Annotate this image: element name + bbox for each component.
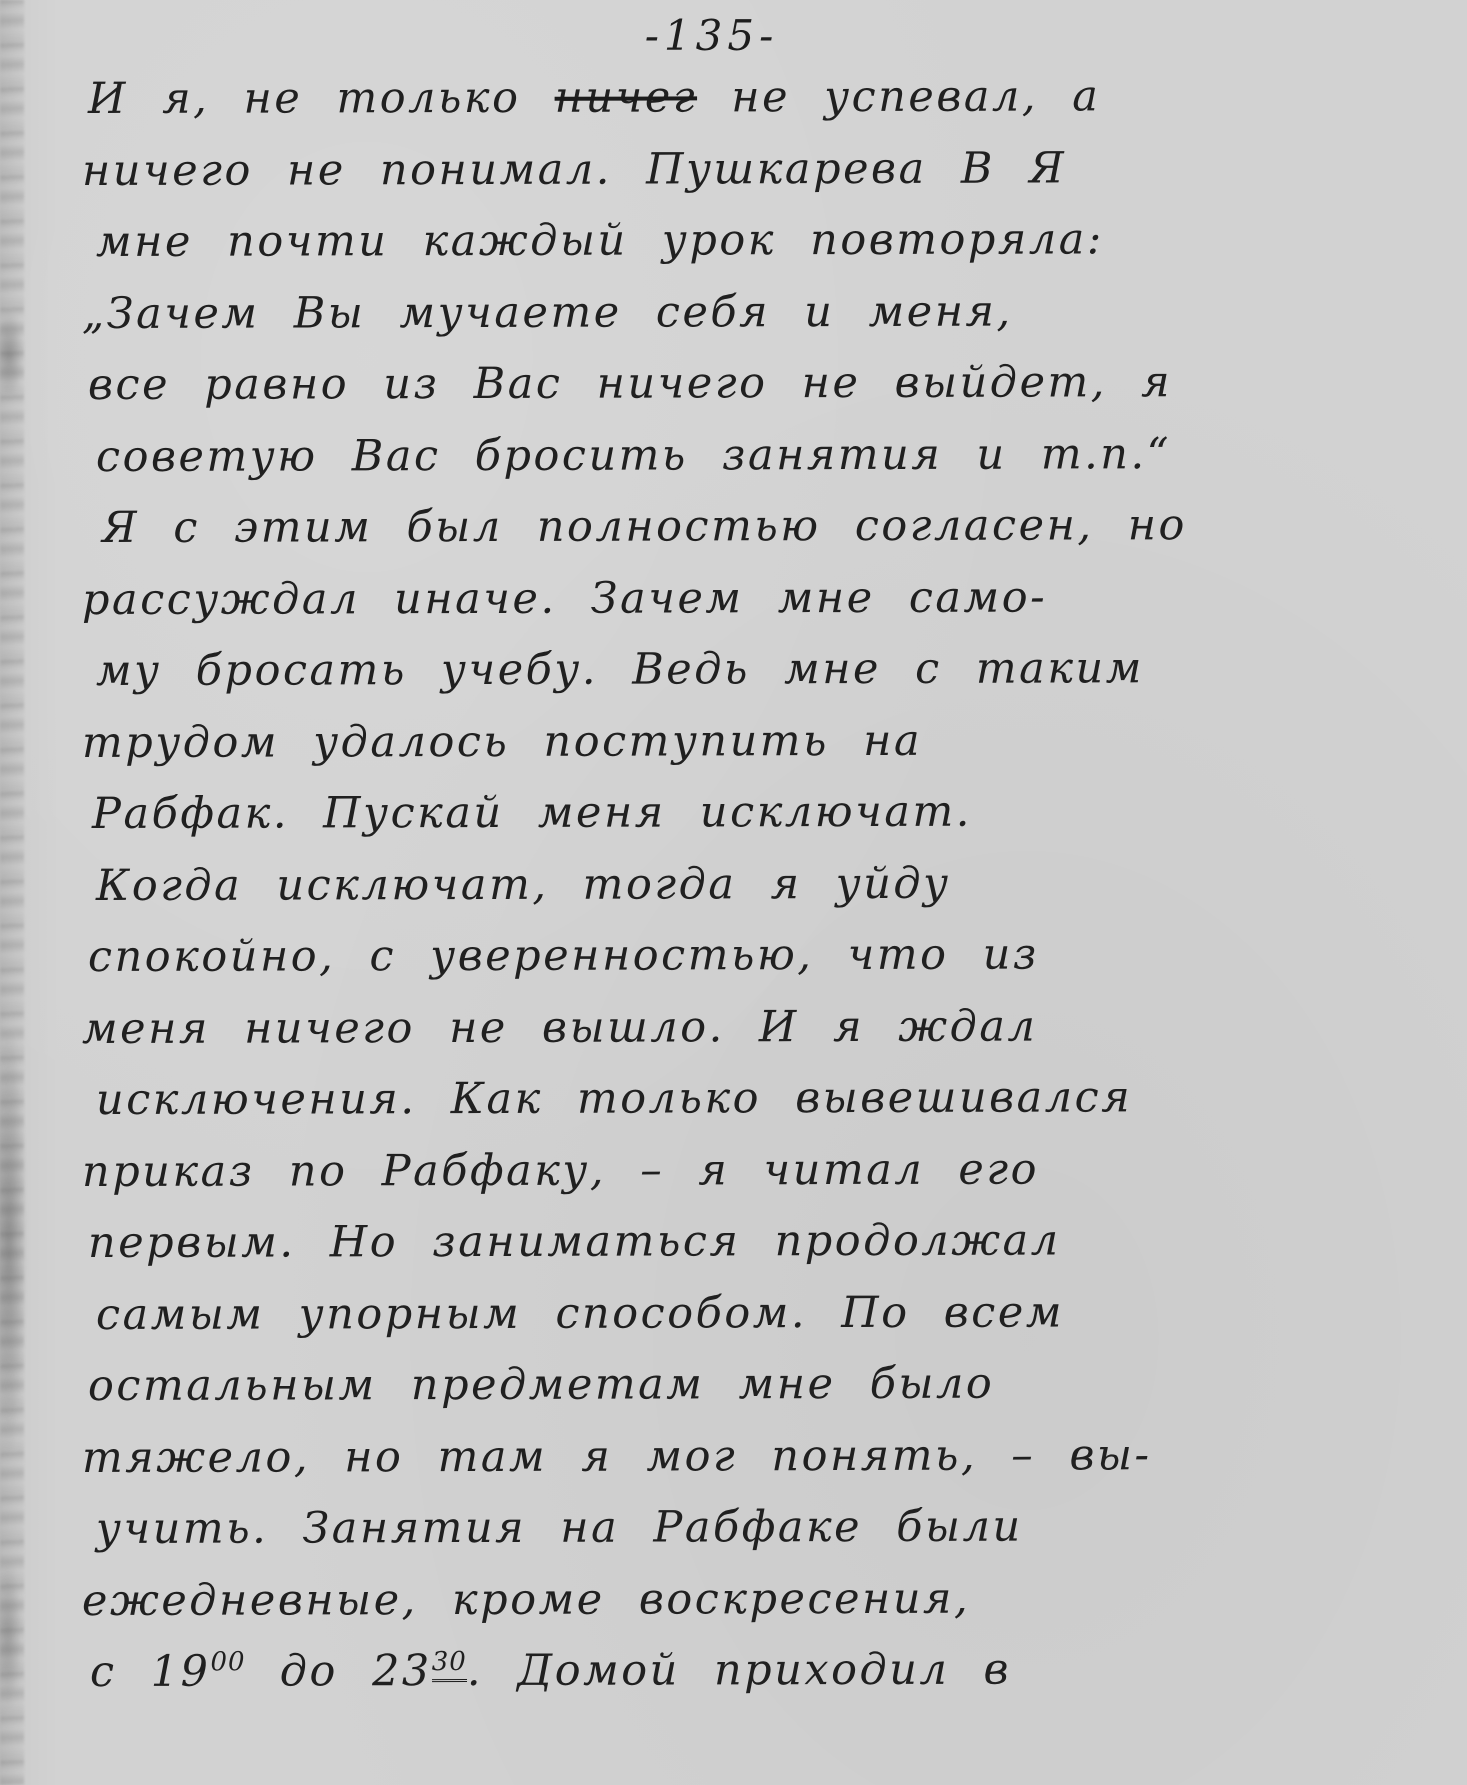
manuscript-line: рассуждал иначе. Зачем мне само- <box>82 561 1437 636</box>
manuscript-line: ежедневные, кроме воскресения, <box>82 1562 1437 1637</box>
time-text-pre: с 19 <box>90 1647 211 1697</box>
line-text-post: не успевал, а <box>697 71 1100 122</box>
manuscript-line: первым. Но заниматься продолжал <box>88 1204 1437 1279</box>
manuscript-line: учить. Занятия на Рабфаке были <box>96 1490 1437 1565</box>
manuscript-line: исключения. Как только вывешивался <box>96 1061 1437 1136</box>
manuscript-line: Рабфак. Пускай меня исключат. <box>92 775 1437 850</box>
manuscript-line: Я с этим был полностью согласен, но <box>102 490 1437 565</box>
manuscript-line: все равно из Вас ничего не выйдет, я <box>88 346 1437 421</box>
manuscript-line: спокойно, с уверенностью, что из <box>88 918 1437 993</box>
manuscript-line: самым упорным способом. По всем <box>96 1276 1437 1351</box>
manuscript-line: приказ по Рабфаку, – я читал его <box>82 1133 1437 1208</box>
manuscript-line: Когда исключат, тогда я уйду <box>96 847 1437 922</box>
manuscript-line: му бросать учебу. Ведь мне с таким <box>96 632 1437 707</box>
time-superscript-minutes: 00 <box>210 1647 245 1677</box>
manuscript-line-with-strikeout: И я, не только ничег не успевал, а <box>88 60 1437 135</box>
manuscript-line: трудом удалось поступить на <box>82 704 1437 779</box>
manuscript-line: „Зачем Вы мучаете себя и меня, <box>82 275 1437 350</box>
manuscript-page: -135- И я, не только ничег не успевал, а… <box>0 0 1467 1785</box>
manuscript-body: И я, не только ничег не успевал, а ничег… <box>0 64 1467 1709</box>
scan-edge-artifact <box>0 0 24 1785</box>
manuscript-line: советую Вас бросить занятия и т.п.“ <box>96 418 1437 493</box>
manuscript-line-with-times: с 1900 до 2330. Домой приходил в <box>90 1633 1437 1708</box>
manuscript-line: мне почти каждый урок повторяла: <box>96 203 1437 278</box>
time-text-post: . Домой приходил в <box>467 1645 1011 1696</box>
manuscript-line: тяжело, но там я мог понять, – вы- <box>82 1419 1437 1494</box>
manuscript-line: меня ничего не вышло. И я ждал <box>82 990 1437 1065</box>
time-superscript-minutes-underlined: 30 <box>432 1647 467 1682</box>
line-text-pre: И я, не только <box>88 73 555 124</box>
manuscript-line: остальным предметам мне было <box>88 1347 1437 1422</box>
page-number: -135- <box>0 0 1445 64</box>
struck-out-word: ничег <box>555 72 698 122</box>
time-text-mid: до 23 <box>245 1646 431 1696</box>
manuscript-line: ничего не понимал. Пушкарева В Я <box>82 132 1437 207</box>
